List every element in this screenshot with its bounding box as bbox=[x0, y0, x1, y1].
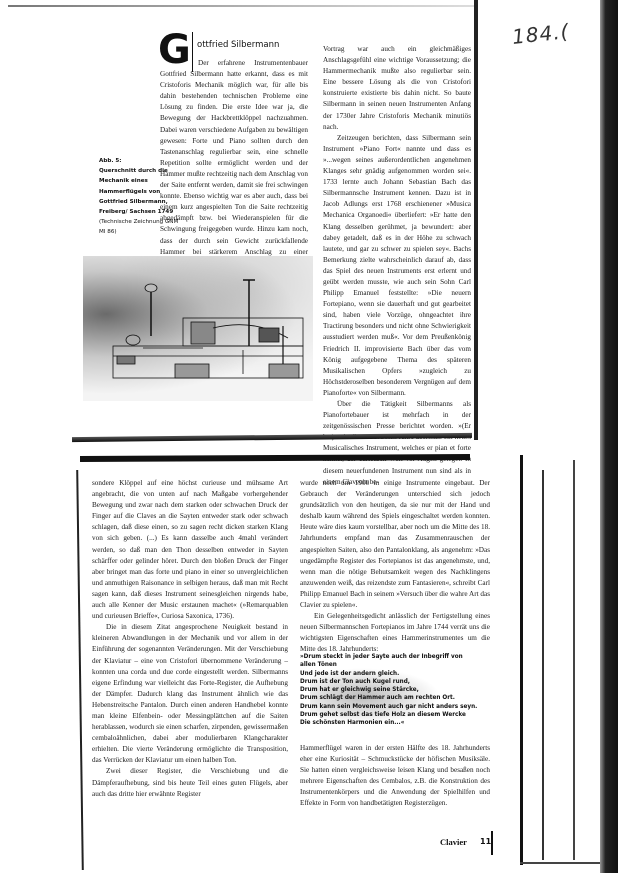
figure-caption: Abb. 5: Querschnitt durch die Mechanik e… bbox=[99, 156, 179, 238]
page-edge bbox=[520, 862, 600, 864]
paragraph: Zwei dieser Register, die Verschiebung u… bbox=[92, 766, 288, 799]
upper-right-column: Vortrag war auch ein gleichmäßiges Ansch… bbox=[323, 44, 471, 488]
caption-description: Querschnitt durch die Mechanik eines Ham… bbox=[99, 168, 173, 215]
scan-shadow-right bbox=[600, 0, 618, 873]
poem-line: Die schönsten Harmonien ein...« bbox=[300, 719, 480, 727]
magazine-name: Clavier bbox=[440, 837, 467, 847]
page-edge bbox=[573, 460, 575, 860]
paragraph: Der erfahrene Instrumentenbauer Gottfrie… bbox=[160, 58, 308, 280]
poem-line: Drum hat er gleichwig seine Stärcke, bbox=[300, 686, 480, 694]
footer-rule bbox=[491, 831, 493, 855]
handwritten-page-note: 184.( bbox=[511, 19, 571, 49]
page-number: 11 bbox=[480, 837, 491, 846]
mechanism-cross-section-figure bbox=[83, 256, 313, 401]
technical-drawing-icon bbox=[83, 256, 313, 401]
poem-line: »Drum steckt in jeder Sayte auch der Inb… bbox=[300, 653, 480, 670]
lower-left-column: sondere Klöppel auf eine höchst curieuse… bbox=[92, 478, 288, 800]
caption-title: Abb. 5: bbox=[99, 158, 122, 164]
poem-line: Drum ist der Ton auch Kugel rund, bbox=[300, 678, 480, 686]
poem-line: Drum gehet selbst das tiefe Holz an dies… bbox=[300, 711, 480, 719]
caption-note: (Technische Zeichnung GNM MI 86) bbox=[99, 217, 179, 237]
paragraph: Zeitzeugen berichten, dass Silbermann se… bbox=[323, 133, 471, 399]
paragraph: Hammerflügel waren in der ersten Hälfte … bbox=[300, 743, 490, 810]
paragraph: wurde noch um 1900 in einige Instrumente… bbox=[300, 478, 490, 611]
paragraph: Die in diesem Zitat angesprochene Neuigk… bbox=[92, 622, 288, 766]
poem-line: Und jede ist der andern gleich. bbox=[300, 670, 480, 678]
paragraph: Vortrag war auch ein gleichmäßiges Ansch… bbox=[323, 44, 471, 133]
page-edge bbox=[76, 470, 84, 870]
poem-line: Drum schlägt der Hammer auch am rechten … bbox=[300, 694, 480, 702]
poem-line: Drum kann sein Movement auch gar nicht a… bbox=[300, 703, 480, 711]
lower-right-column: wurde noch um 1900 in einige Instrumente… bbox=[300, 478, 490, 656]
paragraph: Ein Gelegenheitsgedicht anlässlich der F… bbox=[300, 611, 490, 655]
page-edge bbox=[520, 455, 523, 865]
article-headline: ottfried Silbermann bbox=[197, 40, 279, 50]
scan-edge bbox=[8, 5, 478, 7]
after-poem-column: Hammerflügel waren in der ersten Hälfte … bbox=[300, 743, 490, 810]
upper-left-column: Der erfahrene Instrumentenbauer Gottfrie… bbox=[160, 58, 308, 280]
page-binding-edge bbox=[474, 0, 478, 440]
page-edge bbox=[542, 470, 544, 860]
paragraph: sondere Klöppel auf eine höchst curieuse… bbox=[92, 478, 288, 622]
quoted-poem: »Drum steckt in jeder Sayte auch der Inb… bbox=[300, 653, 480, 728]
paragraph: Über die Tätigkeit Silbermanns als Piano… bbox=[323, 399, 471, 488]
